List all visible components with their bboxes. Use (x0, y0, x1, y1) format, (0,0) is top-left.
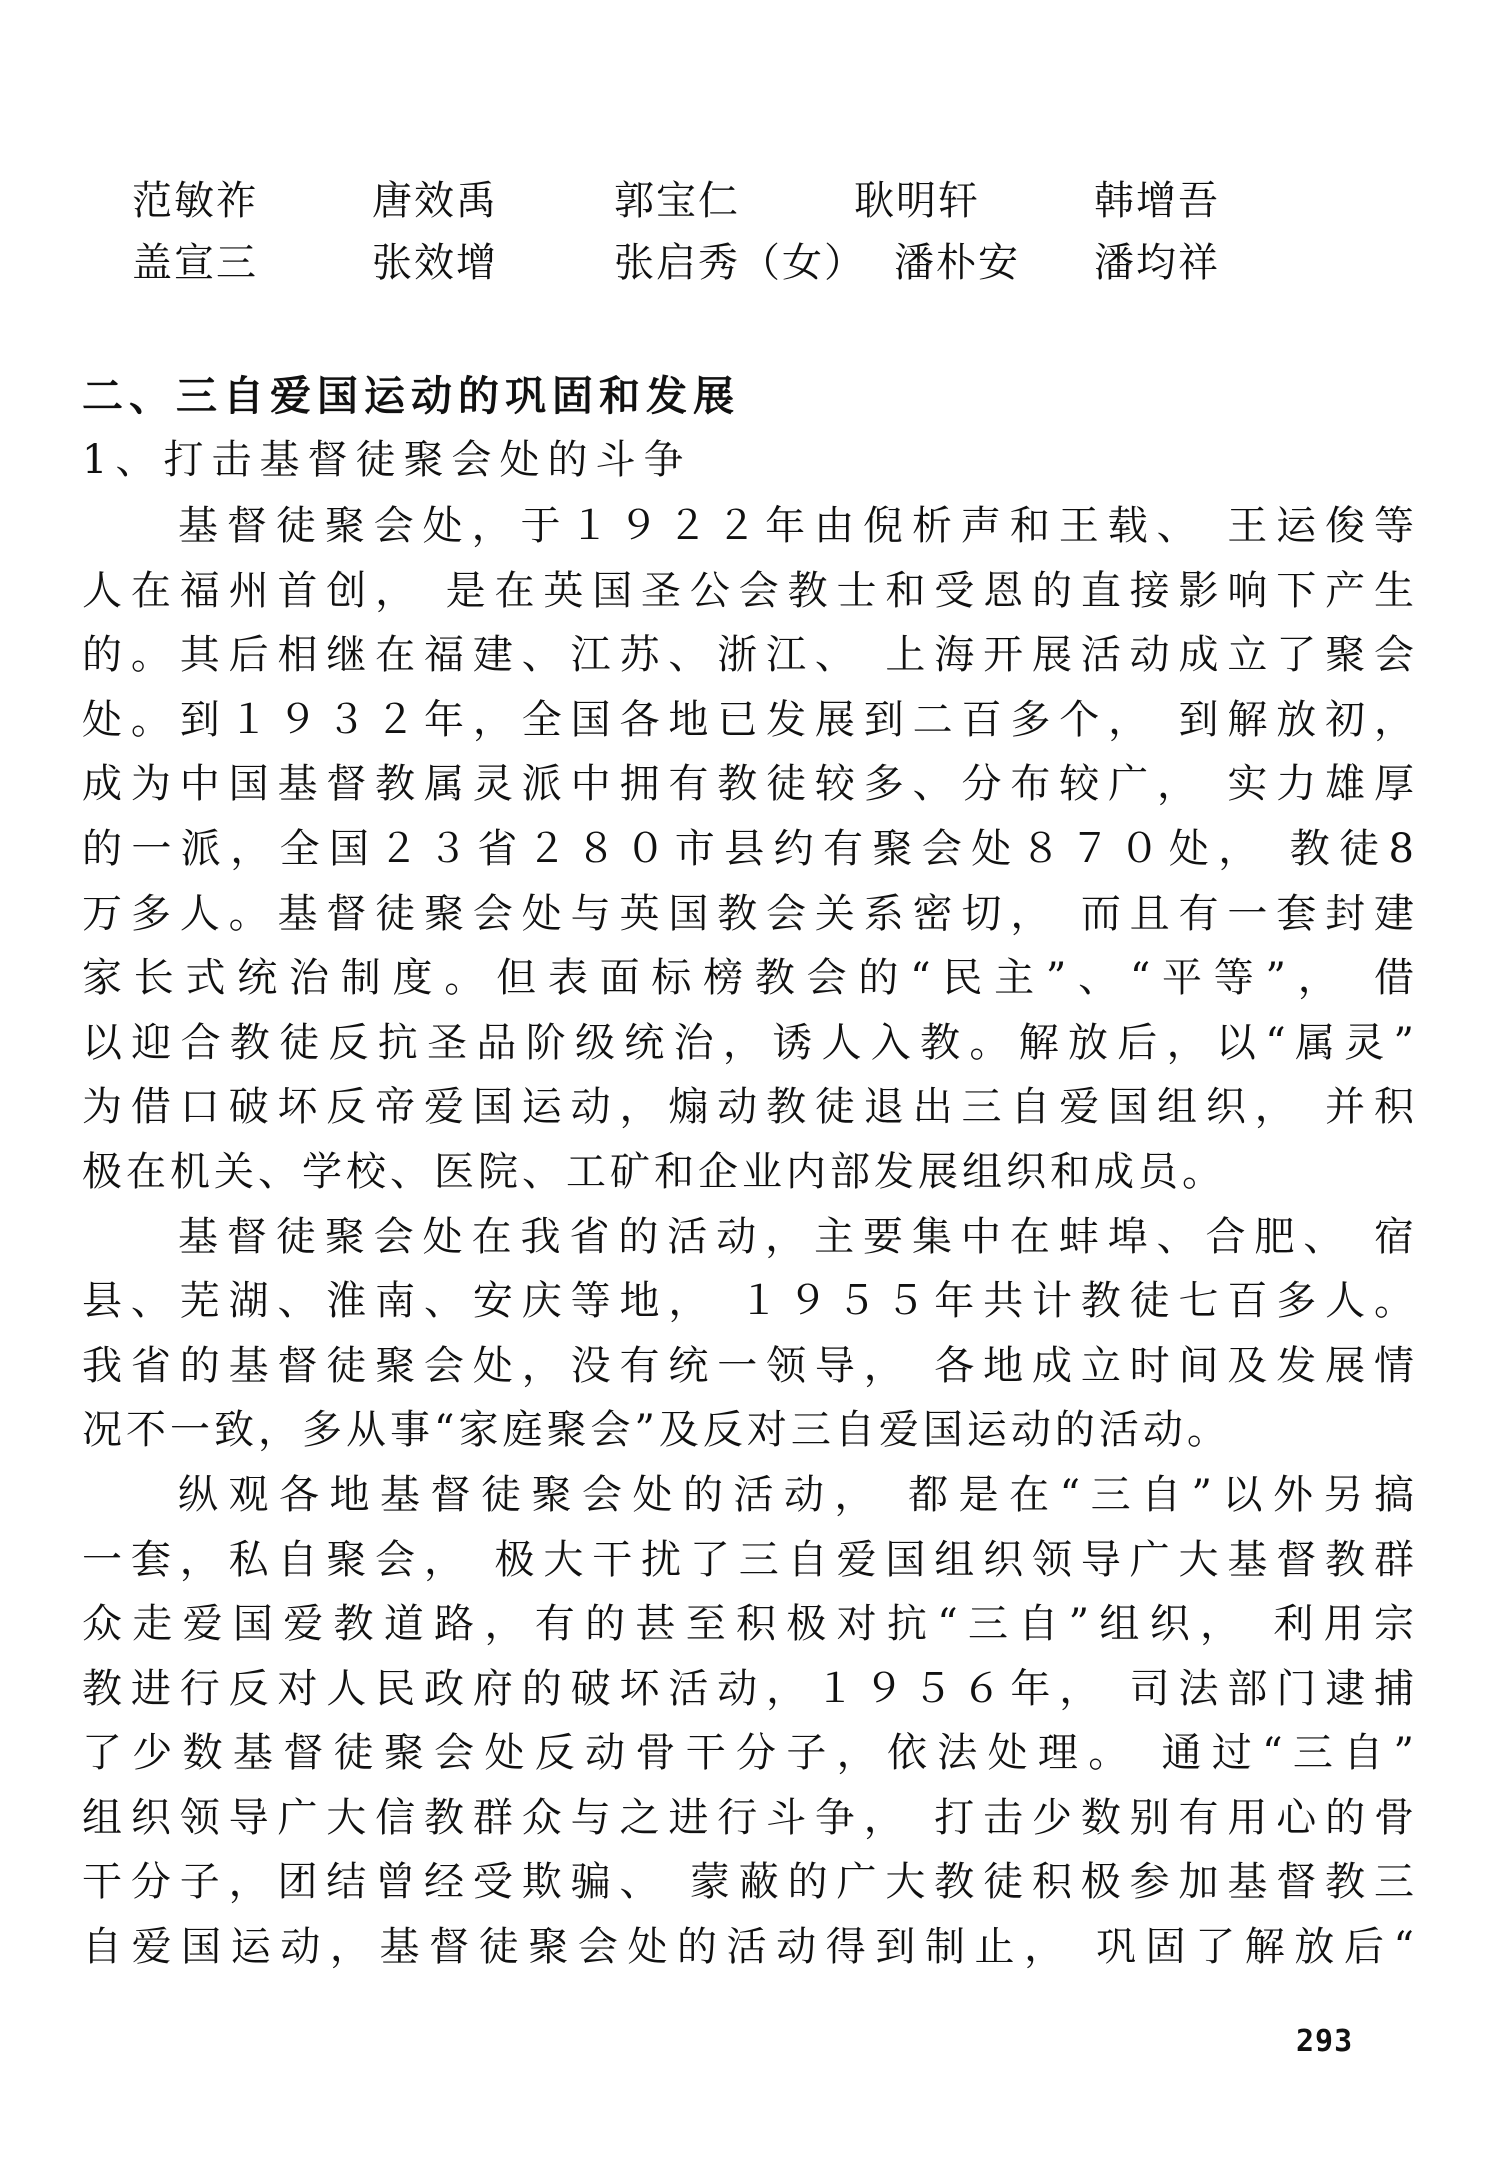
paragraph-line: 极在机关、学校、医院、工矿和企业内部发展组织和成员。 (82, 1140, 1418, 1205)
paragraph-line: 以迎合教徒反抗圣品阶级统治，诱人入教。解放后，以“属灵” (82, 1011, 1418, 1076)
name-item: 耿明轩 (854, 170, 980, 232)
name-item: 潘朴安 (894, 232, 1020, 294)
paragraph-line: 的一派，全国２３省２８０市县约有聚会处８７０处， 教徒8 (82, 817, 1418, 882)
paragraph-line: 了少数基督徒聚会处反动骨干分子，依法处理。 通过“三自” (82, 1721, 1418, 1786)
name-row-2: 盖宣三 张效增 张启秀（女） 潘朴安 潘均祥 (132, 232, 1432, 294)
name-item: 潘均祥 (1094, 232, 1220, 294)
paragraph-line: 县、芜湖、淮南、安庆等地， １９５５年共计教徒七百多人。 (82, 1269, 1418, 1334)
paragraph-line: 众走爱国爱教道路，有的甚至积极对抗“三自”组织， 利用宗 (82, 1592, 1418, 1657)
paragraph-line: 人在福州首创， 是在英国圣公会教士和受恩的直接影响下产生 (82, 559, 1418, 624)
section-heading: 二、三自爱国运动的巩固和发展 (82, 366, 740, 426)
name-item: 韩增吾 (1094, 170, 1220, 232)
paragraph-line: 万多人。基督徒聚会处与英国教会关系密切， 而且有一套封建 (82, 882, 1418, 947)
name-row-1: 范敏祚 唐效禹 郭宝仁 耿明轩 韩增吾 (132, 170, 1432, 232)
paragraph-line: 成为中国基督教属灵派中拥有教徒较多、分布较广， 实力雄厚 (82, 752, 1418, 817)
paragraph-line: 干分子，团结曾经受欺骗、 蒙蔽的广大教徒积极参加基督教三 (82, 1850, 1418, 1915)
paragraph-line: 基督徒聚会处，于１９２２年由倪析声和王载、 王运俊等 (82, 494, 1418, 559)
name-item: 范敏祚 (132, 170, 258, 232)
name-item: 唐效禹 (372, 170, 498, 232)
paragraph-line: 组织领导广大信教群众与之进行斗争， 打击少数别有用心的骨 (82, 1786, 1418, 1851)
name-item: 张启秀（女） (614, 232, 866, 294)
paragraph-line: 处。到１９３２年，全国各地已发展到二百多个， 到解放初， (82, 688, 1418, 753)
name-item: 张效增 (372, 232, 498, 294)
name-item: 郭宝仁 (614, 170, 740, 232)
paragraph-line: 家长式统治制度。但表面标榜教会的“民主”、“平等”， 借 (82, 946, 1418, 1011)
subsection-heading: 1、打击基督徒聚会处的斗争 (82, 430, 691, 490)
paragraph-line: 况不一致，多从事“家庭聚会”及反对三自爱国运动的活动。 (82, 1398, 1418, 1463)
document-page: 范敏祚 唐效禹 郭宝仁 耿明轩 韩增吾 盖宣三 张效增 张启秀（女） 潘朴安 潘… (0, 0, 1500, 2183)
paragraph-line: 我省的基督徒聚会处，没有统一领导， 各地成立时间及发展情 (82, 1334, 1418, 1399)
body-text: 基督徒聚会处，于１９２２年由倪析声和王载、 王运俊等 人在福州首创， 是在英国圣… (82, 494, 1418, 1980)
paragraph-line: 的。其后相继在福建、江苏、浙江、 上海开展活动成立了聚会 (82, 623, 1418, 688)
name-list: 范敏祚 唐效禹 郭宝仁 耿明轩 韩增吾 盖宣三 张效增 张启秀（女） 潘朴安 潘… (132, 170, 1432, 294)
paragraph-line: 基督徒聚会处在我省的活动，主要集中在蚌埠、合肥、 宿 (82, 1205, 1418, 1270)
paragraph-line: 自爱国运动，基督徒聚会处的活动得到制止， 巩固了解放后“ (82, 1915, 1418, 1980)
paragraph-line: 纵观各地基督徒聚会处的活动， 都是在“三自”以外另搞 (82, 1463, 1418, 1528)
page-number: 293 (1296, 2024, 1353, 2059)
paragraph-line: 为借口破坏反帝爱国运动，煽动教徒退出三自爱国组织， 并积 (82, 1075, 1418, 1140)
name-item: 盖宣三 (132, 232, 258, 294)
paragraph-line: 教进行反对人民政府的破坏活动，１９５６年， 司法部门逮捕 (82, 1657, 1418, 1722)
paragraph-line: 一套，私自聚会， 极大干扰了三自爱国组织领导广大基督教群 (82, 1528, 1418, 1593)
